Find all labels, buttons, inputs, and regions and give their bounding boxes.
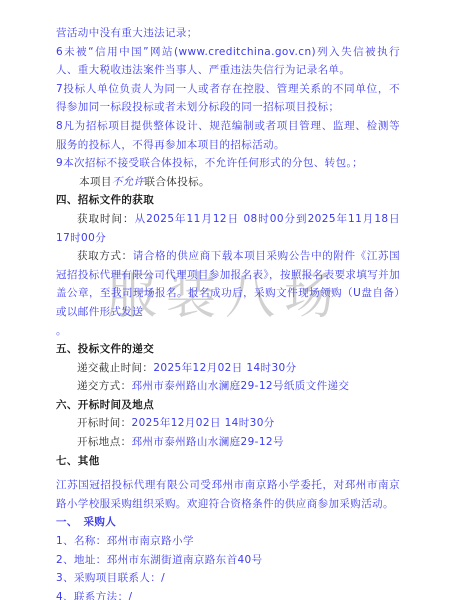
section4-obtain-time: 获取时间：从2025年11月12日 08时00分到2025年11月18日 17时… — [56, 210, 400, 247]
deadline-value: 2025年12月02日 14时30分 — [153, 362, 296, 374]
jv-note-prefix: 本项目 — [79, 176, 112, 188]
submit-method-label: 递交方式： — [77, 380, 132, 392]
jv-note-suffix: 联合体投标。 — [145, 176, 210, 188]
submit-method-value: 邳州市泰州路山水澜庭29-12号纸质文件递交 — [132, 380, 350, 392]
section4-heading: 四、招标文件的获取 — [56, 191, 400, 210]
open-time-value: 2025年12月02日 14时30分 — [132, 417, 275, 429]
open-place-label: 开标地点： — [77, 436, 132, 448]
section5-deadline: 递交截止时间：2025年12月02日 14时30分 — [56, 359, 400, 378]
open-time-label: 开标时间： — [77, 417, 132, 429]
open-place-value: 邳州市泰州路山水澜庭29-12号 — [132, 436, 284, 448]
jv-note-emphasis: 不允许 — [112, 176, 145, 188]
section6-open-time: 开标时间：2025年12月02日 14时30分 — [56, 414, 400, 433]
obtain-method-label: 获取方式： — [77, 250, 133, 262]
section4-trailing-period: 。 — [56, 322, 400, 341]
section7-heading: 七、其他 — [56, 452, 400, 471]
document-body: 营活动中没有重大违法记录； 6未被“信用中国”网站(www.creditchin… — [56, 24, 400, 600]
buyer-item-contact: 3、采购项目联系人：/ — [56, 569, 400, 588]
buyer-item-contact-method: 4、联系方法：/ — [56, 588, 400, 600]
section5-method: 递交方式：邳州市泰州路山水澜庭29-12号纸质文件递交 — [56, 377, 400, 396]
agency-intro: 江苏国冠招投标代理有限公司受邳州市南京路小学委托，对邳州市南京路小学校服采购组织… — [56, 476, 400, 513]
section6-heading: 六、开标时间及地点 — [56, 396, 400, 415]
clause-8: 8凡为招标项目提供整体设计、规范编制或者项目管理、监理、检测等服务的投标人，不得… — [56, 117, 400, 154]
section6-open-place: 开标地点：邳州市泰州路山水澜庭29-12号 — [56, 433, 400, 452]
buyer-item-address: 2、地址：邳州市东湖街道南京路东首40号 — [56, 551, 400, 570]
clause-continuation: 营活动中没有重大违法记录； — [56, 24, 400, 43]
obtain-time-label: 获取时间： — [77, 213, 135, 225]
clause-6: 6未被“信用中国”网站(www.creditchina.gov.cn)列入失信被… — [56, 43, 400, 80]
jv-note: 本项目不允许联合体投标。 — [56, 173, 400, 192]
buyer-heading: 一、 采购人 — [56, 513, 400, 532]
section4-obtain-method: 获取方式：请合格的供应商下载本项目采购公告中的附件《江苏国冠招投标代理有限公司代… — [56, 247, 400, 321]
document-page: 服装八场 营活动中没有重大违法记录； 6未被“信用中国”网站(www.credi… — [0, 0, 450, 600]
clause-7: 7投标人单位负责人为同一人或者存在控股、管理关系的不同单位，不得参加同一标段投标… — [56, 80, 400, 117]
clause-9: 9本次招标不接受联合体投标，不允许任何形式的分包、转包。； — [56, 154, 400, 173]
buyer-item-name: 1、名称：邳州市南京路小学 — [56, 532, 400, 551]
section5-heading: 五、投标文件的递交 — [56, 340, 400, 359]
deadline-label: 递交截止时间： — [77, 362, 153, 374]
